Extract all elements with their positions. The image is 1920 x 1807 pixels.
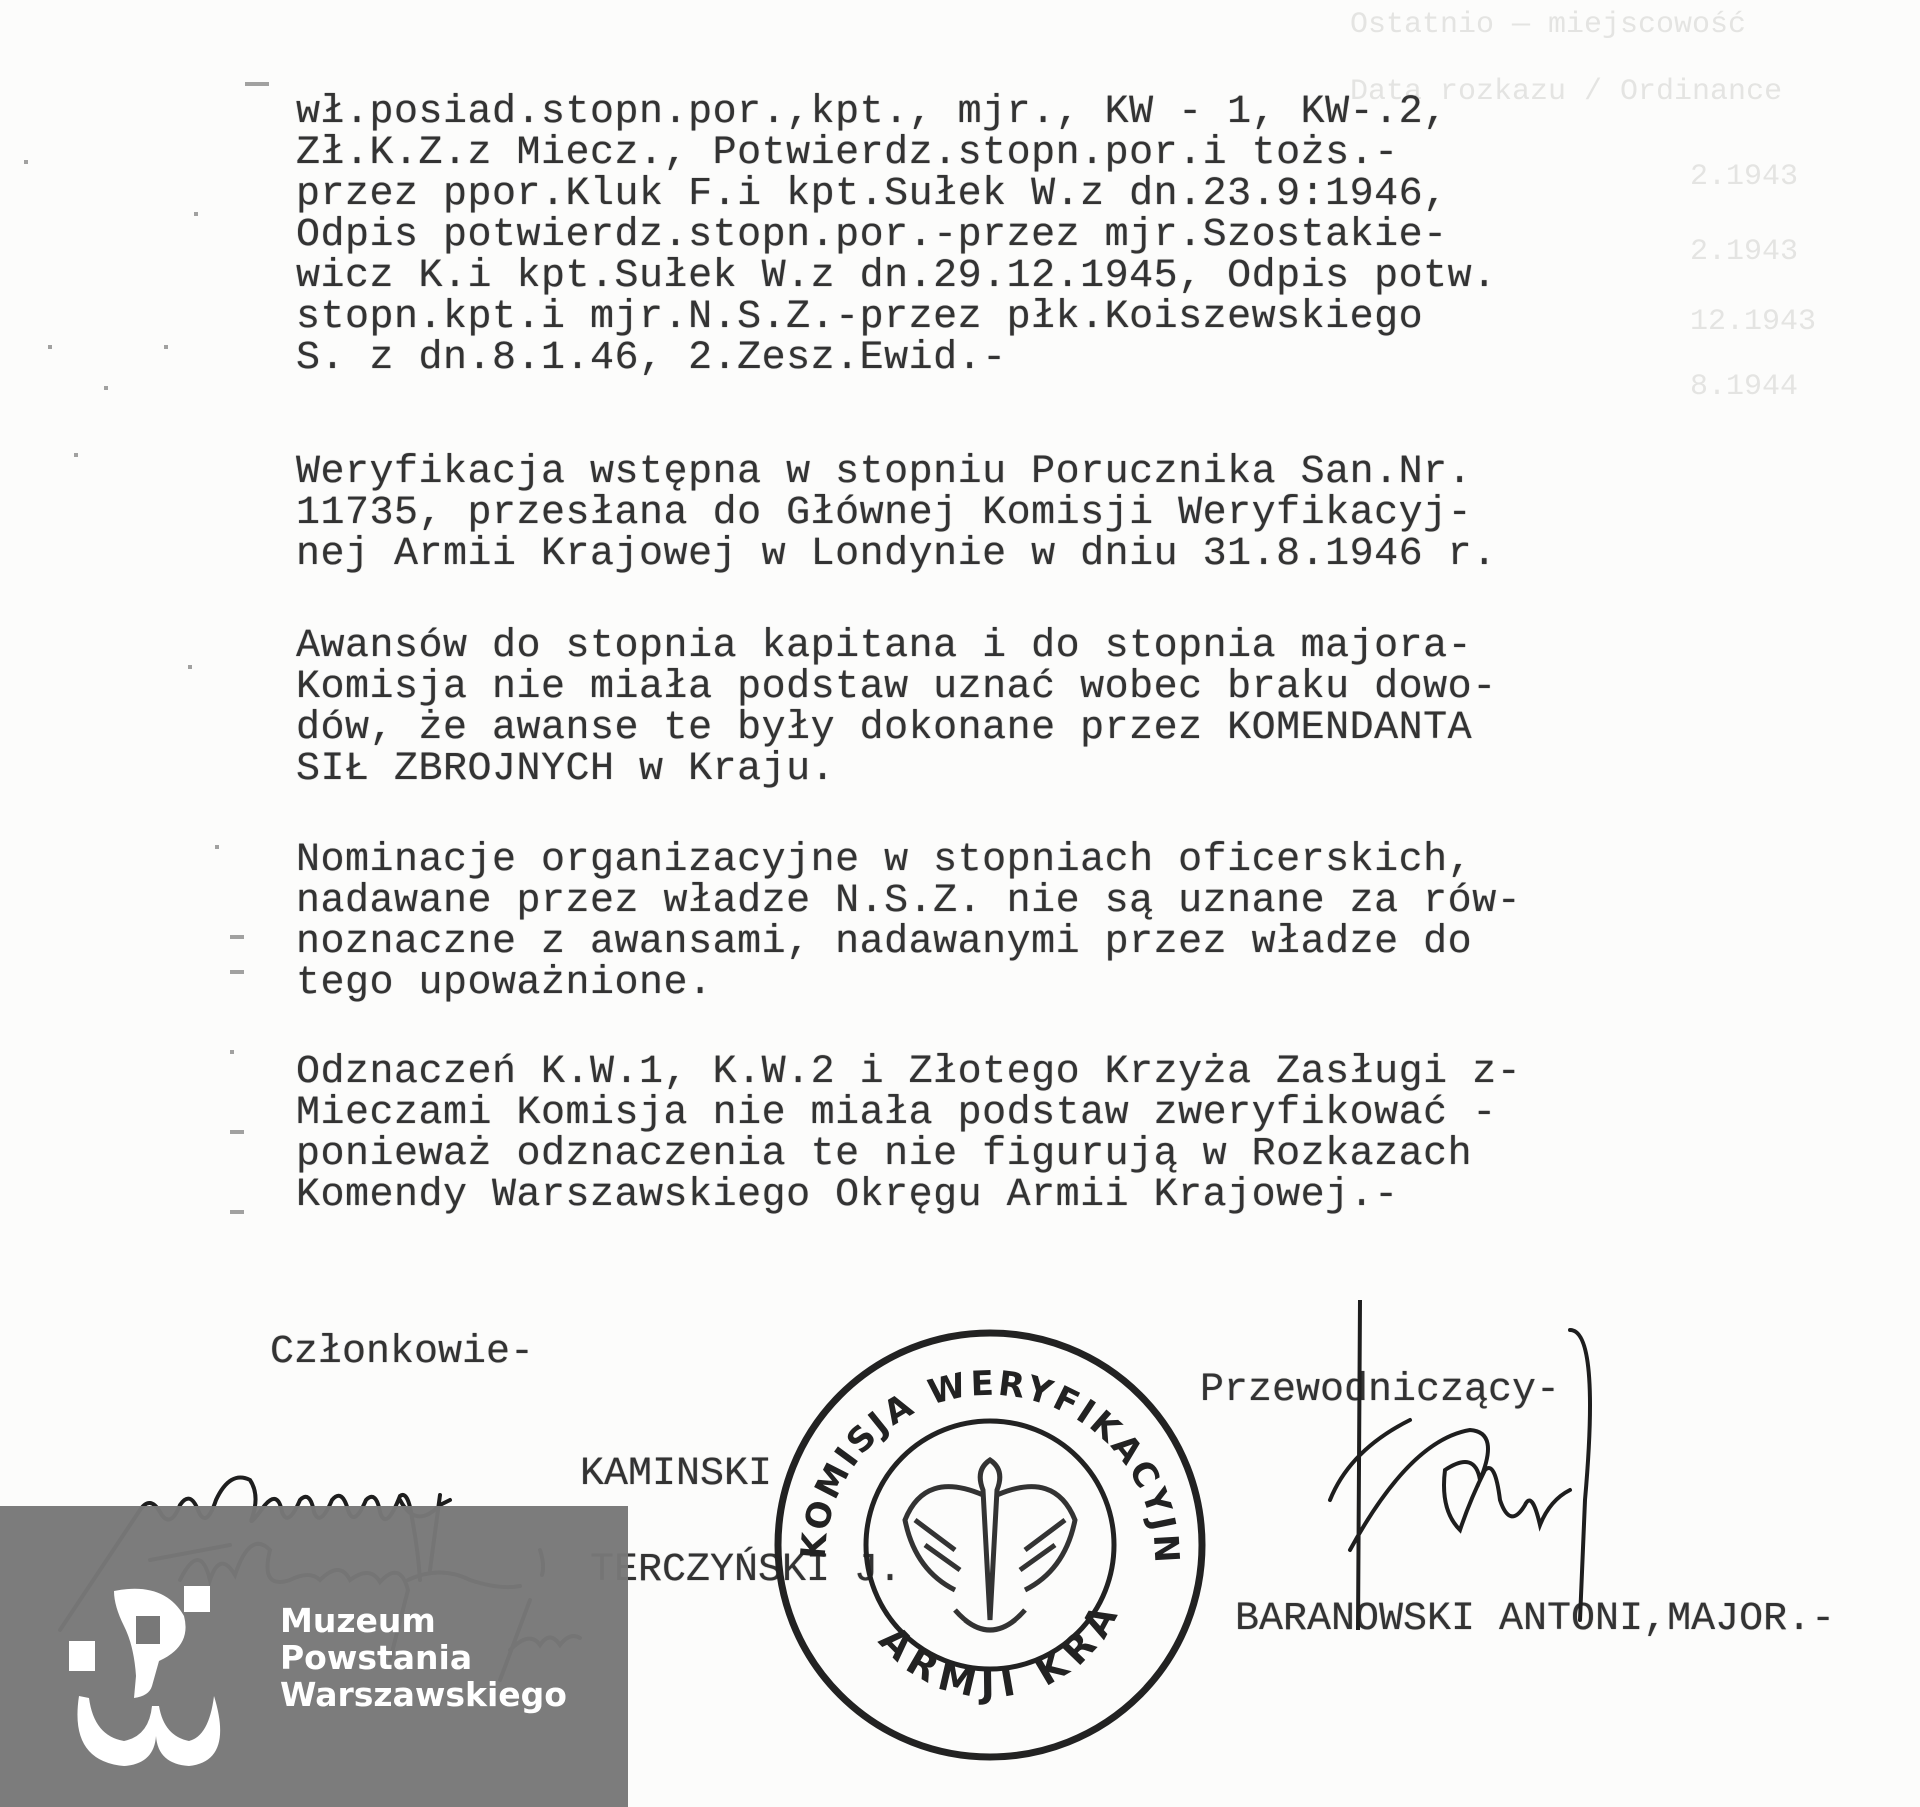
text-line: przez ppor.Kluk F.i kpt.Sułek W.z dn.23.…	[296, 174, 1736, 215]
paragraph-verification: Weryfikacja wstępna w stopniu Porucznika…	[296, 452, 1736, 575]
text-line: stopn.kpt.i mjr.N.S.Z.-przez płk.Koiszew…	[296, 297, 1736, 338]
svg-text:KOMISJA WERYFIKACYJNA ŻOŁNIERZ: KOMISJA WERYFIKACYJNA ŻOŁNIERZY	[765, 1320, 1187, 1567]
text-line: Odznaczeń K.W.1, K.W.2 i Złotego Krzyża …	[296, 1052, 1736, 1093]
text-line: S. z dn.8.1.46, 2.Zesz.Ewid.-	[296, 338, 1736, 379]
text-line: Nominacje organizacyjne w stopniach ofic…	[296, 840, 1736, 881]
text-line: dów, że awanse te były dokonane przez KO…	[296, 708, 1736, 749]
eagle-emblem-icon	[905, 1460, 1075, 1630]
text-line: nadawane przez władze N.S.Z. nie są uzna…	[296, 881, 1736, 922]
text-line: wł.posiad.stopn.por.,kpt., mjr., KW - 1,…	[296, 92, 1736, 133]
text-line: Awansów do stopnia kapitana i do stopnia…	[296, 626, 1736, 667]
text-line: tego upoważnione.	[296, 963, 1736, 1004]
verification-commission-stamp: KOMISJA WERYFIKACYJNA ŻOŁNIERZY ARMJI KR…	[765, 1320, 1215, 1770]
member-1-name: KAMINSKI	[580, 1452, 772, 1497]
members-label: Członkowie-	[270, 1330, 534, 1375]
text-line: Weryfikacja wstępna w stopniu Porucznika…	[296, 452, 1736, 493]
text-line: Zł.K.Z.z Miecz., Potwierdz.stopn.por.i t…	[296, 133, 1736, 174]
text-line: Komisja nie miała podstaw uznać wobec br…	[296, 667, 1736, 708]
signature-baranowski-icon	[1270, 1300, 1630, 1630]
text-line: ponieważ odznaczenia te nie figurują w R…	[296, 1134, 1736, 1175]
paragraph-promotions: Awansów do stopnia kapitana i do stopnia…	[296, 626, 1736, 790]
paragraph-nominations: Nominacje organizacyjne w stopniach ofic…	[296, 840, 1736, 1004]
text-line: Komendy Warszawskiego Okręgu Armii Krajo…	[296, 1175, 1736, 1216]
bleed-through-text: Ostatnio — miejscowość	[1350, 8, 1746, 42]
paragraph-decorations-list: wł.posiad.stopn.por.,kpt., mjr., KW - 1,…	[296, 92, 1736, 379]
museum-name-line1: Muzeum	[280, 1602, 567, 1639]
text-line: 11735, przesłana do Głównej Komisji Wery…	[296, 493, 1736, 534]
text-line: Odpis potwierdz.stopn.por.-przez mjr.Szo…	[296, 215, 1736, 256]
text-line: Mieczami Komisja nie miała podstaw zwery…	[296, 1093, 1736, 1134]
text-line: nej Armii Krajowej w Londynie w dniu 31.…	[296, 534, 1736, 575]
museum-watermark: Muzeum Powstania Warszawskiego	[0, 1506, 628, 1807]
text-line: wicz K.i kpt.Sułek W.z dn.29.12.1945, Od…	[296, 256, 1736, 297]
kotwica-anchor-icon	[64, 1586, 244, 1766]
museum-name-line2: Powstania	[280, 1639, 567, 1676]
text-line: noznaczne z awansami, nadawanymi przez w…	[296, 922, 1736, 963]
museum-name-line3: Warszawskiego	[280, 1676, 567, 1713]
stamp-top-text: KOMISJA WERYFIKACYJNA ŻOŁNIERZY	[765, 1320, 1187, 1567]
text-line: SIŁ ZBROJNYCH w Kraju.	[296, 749, 1736, 790]
paragraph-awards: Odznaczeń K.W.1, K.W.2 i Złotego Krzyża …	[296, 1052, 1736, 1216]
museum-name: Muzeum Powstania Warszawskiego	[280, 1602, 567, 1713]
document-page: Ostatnio — miejscowość Data rozkazu / Or…	[0, 0, 1920, 1807]
